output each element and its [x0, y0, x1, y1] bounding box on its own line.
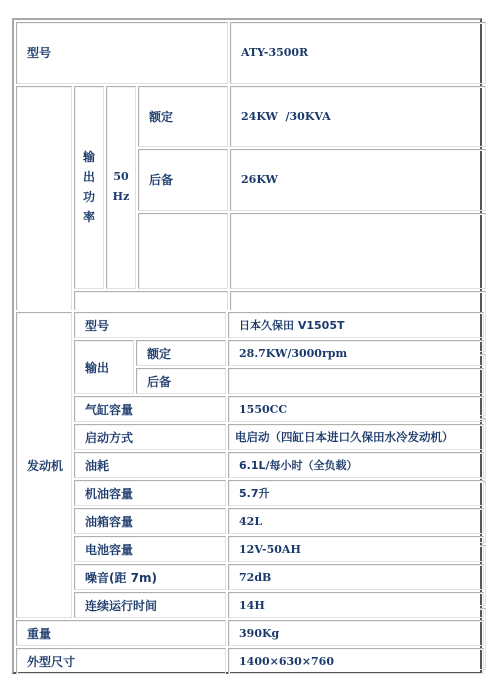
engine-output-label: 输出 [74, 340, 134, 394]
engine-row-label: 电池容量 [74, 536, 226, 562]
frequency-label: 50 Hz [106, 86, 136, 289]
output-power-char: 率 [83, 210, 95, 224]
gen-rated-value: 24KW /30KVA [230, 86, 486, 148]
output-power-char: 输 [83, 150, 95, 164]
engine-row-value: 42L [228, 508, 484, 534]
engine-row-value: 14H [228, 592, 484, 618]
row-gen-rated: 发电机 输 出 功 率 50 Hz 额定 24KW /30KVA [16, 86, 486, 148]
engine-row-label: 油耗 [74, 452, 226, 478]
engine-row-label: 噪音(距 7m) [74, 564, 226, 590]
row-weight: 重量 390Kg [16, 620, 484, 646]
engine-model-label: 型号 [74, 312, 226, 338]
engine-row-label: 油箱容量 [74, 508, 226, 534]
engine-table: 发动机 型号 日本久保田 V1505T 输出 额定 28.7KW/3000rpm… [14, 310, 486, 676]
gen-standby-label: 后备 [138, 149, 228, 211]
engine-row-value: 12V-50AH [228, 536, 484, 562]
table-row: 油耗 6.1L/每小时（全负载） [16, 452, 484, 478]
engine-row-label: 气缸容量 [74, 396, 226, 422]
model-value: ATY-3500R [230, 22, 486, 84]
row-model: 型号 ATY-3500R [16, 22, 486, 84]
engine-row-label: 机油容量 [74, 480, 226, 506]
engine-standby-label: 后备 [136, 368, 226, 394]
weight-value: 390Kg [228, 620, 484, 646]
table-row: 噪音(距 7m) 72dB [16, 564, 484, 590]
engine-category: 发动机 [16, 312, 72, 618]
engine-rated-label: 额定 [136, 340, 226, 366]
gen-rated-label: 额定 [138, 86, 228, 148]
output-power-label: 输 出 功 率 [74, 86, 104, 289]
gen-empty-label [138, 213, 228, 289]
row-dimensions: 外型尺寸 1400×630×760 [16, 648, 484, 674]
gen-standby-value: 26KW [230, 149, 486, 211]
model-label: 型号 [16, 22, 228, 84]
table-row: 气缸容量 1550CC [16, 396, 484, 422]
dimensions-value: 1400×630×760 [228, 648, 484, 674]
engine-model-value: 日本久保田 V1505T [228, 312, 484, 338]
frequency-value: 50 [113, 170, 128, 183]
engine-section-frame: 发动机 型号 日本久保田 V1505T 输出 额定 28.7KW/3000rpm… [14, 310, 480, 672]
engine-row-value: 电启动（四缸日本进口久保田水冷发动机） [228, 424, 484, 450]
weight-label: 重量 [16, 620, 226, 646]
table-row: 启动方式 电启动（四缸日本进口久保田水冷发动机） [16, 424, 484, 450]
engine-rated-value: 28.7KW/3000rpm [228, 340, 484, 366]
engine-row-label: 连续运行时间 [74, 592, 226, 618]
row-engine-model: 发动机 型号 日本久保田 V1505T [16, 312, 484, 338]
engine-row-label: 启动方式 [74, 424, 226, 450]
dimensions-label: 外型尺寸 [16, 648, 226, 674]
table-row: 机油容量 5.7升 [16, 480, 484, 506]
table-row: 连续运行时间 14H [16, 592, 484, 618]
gen-empty-value [230, 213, 486, 289]
engine-row-value: 1550CC [228, 396, 484, 422]
output-power-char: 功 [83, 190, 95, 204]
row-engine-rated: 输出 额定 28.7KW/3000rpm [16, 340, 484, 366]
table-row: 电池容量 12V-50AH [16, 536, 484, 562]
table-row: 油箱容量 42L [16, 508, 484, 534]
engine-standby-value [228, 368, 484, 394]
engine-row-value: 72dB [228, 564, 484, 590]
engine-row-value: 5.7升 [228, 480, 484, 506]
engine-row-value: 6.1L/每小时（全负载） [228, 452, 484, 478]
frequency-unit: Hz [113, 190, 130, 203]
output-power-char: 出 [83, 170, 95, 184]
